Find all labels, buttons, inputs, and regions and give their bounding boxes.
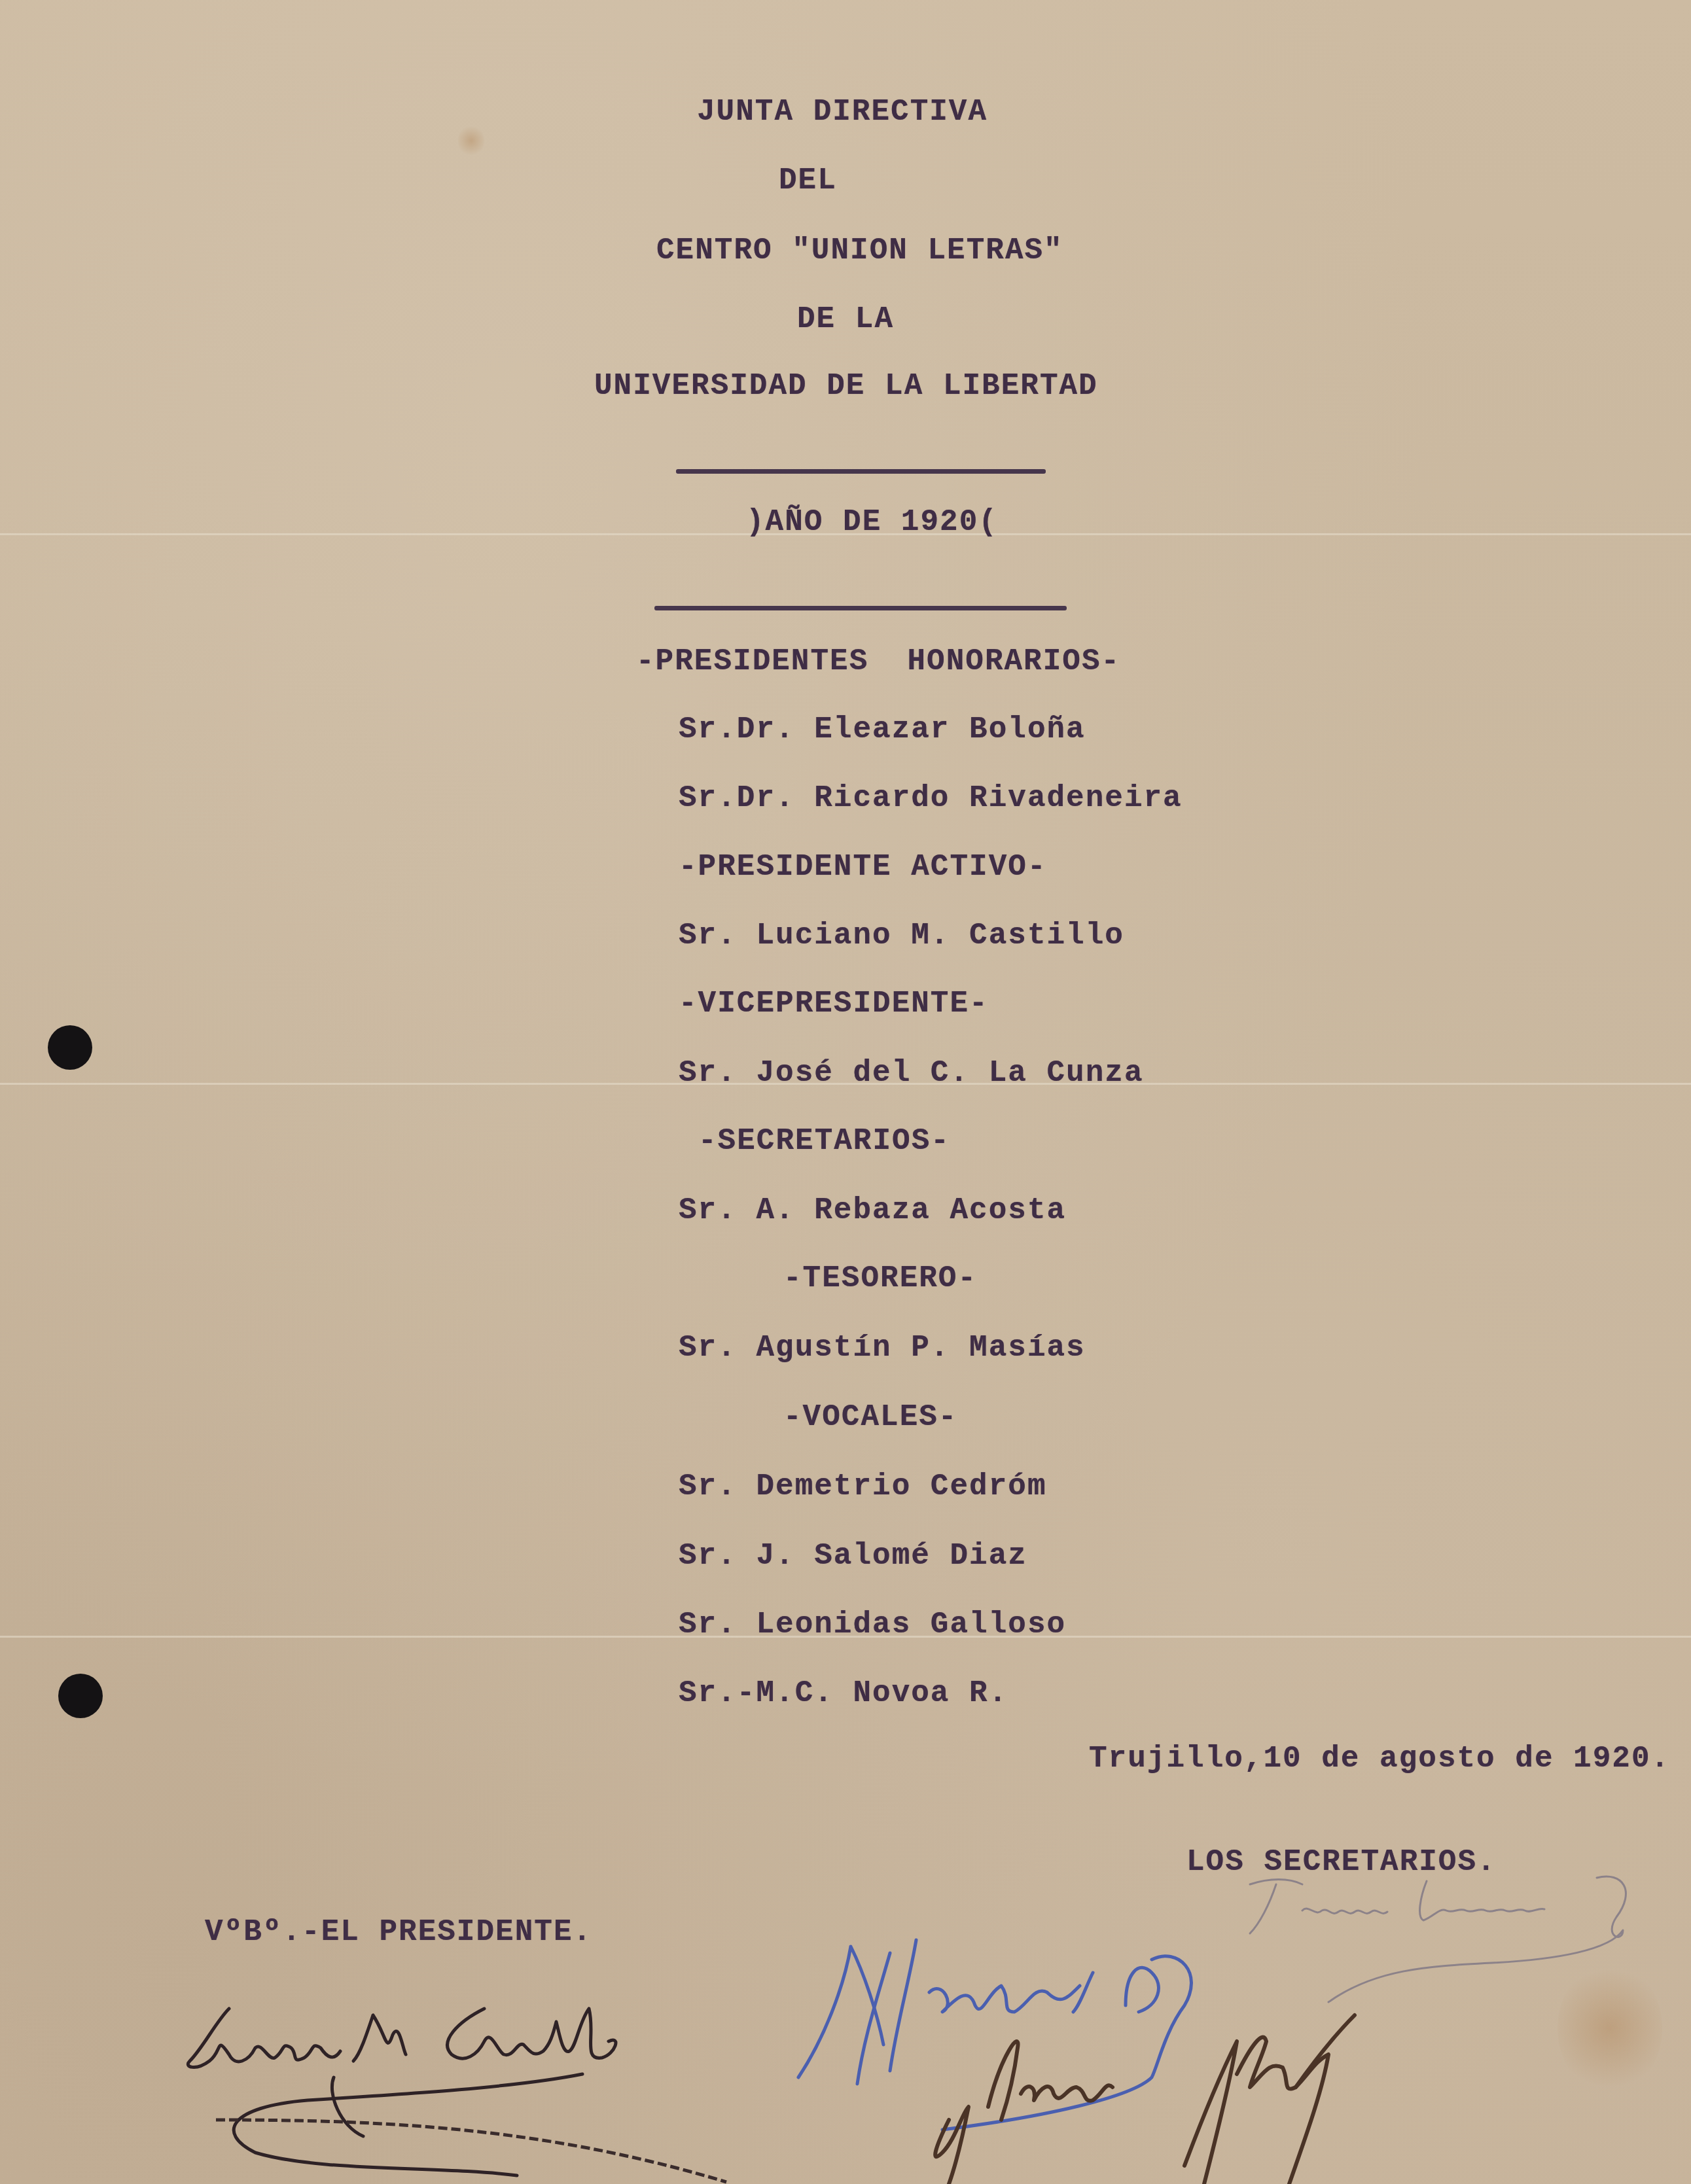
year-label: )AÑO DE 1920( [746,504,998,540]
header-title-line: JUNTA DIRECTIVA [697,94,988,130]
place-and-date: Trujillo,10 de agosto de 1920. [1089,1740,1670,1777]
section-title-secretaries: -SECRETARIOS- [698,1123,950,1159]
punch-hole [48,1025,92,1070]
header-subtitle-line: DEL [779,162,837,199]
member-name: Sr. Agustín P. Masías [679,1330,1086,1366]
member-name: Sr.-M.C. Novoa R. [679,1675,1008,1712]
member-name: Sr. Leonidas Galloso [679,1606,1066,1643]
section-title-active-president: -PRESIDENTE ACTIVO- [679,849,1047,885]
member-name: Sr.Dr. Eleazar Boloña [679,711,1086,748]
punch-hole [58,1674,103,1718]
member-name: Sr. J. Salomé Diaz [679,1538,1027,1574]
header-subtitle-line: DE LA [797,301,894,338]
stain [458,124,484,157]
member-name: Sr.Dr. Ricardo Rivadeneira [679,780,1183,817]
section-title-vocales: -VOCALES- [783,1399,957,1435]
member-name: Sr. A. Rebaza Acosta [679,1192,1066,1229]
document-page: JUNTA DIRECTIVA DEL CENTRO "UNION LETRAS… [0,0,1691,2184]
section-title-vicepresident: -VICEPRESIDENTE- [679,985,989,1022]
signature-rubrica [897,2015,1525,2184]
signature-underline [216,2113,739,2184]
section-title-honorary-presidents: -PRESIDENTES HONORARIOS- [636,643,1120,680]
divider-rule [676,469,1046,474]
member-name: Sr. José del C. La Cunza [679,1055,1144,1091]
approval-label: VºBº.-EL PRESIDENTE. [205,1914,592,1950]
member-name: Sr. Luciano M. Castillo [679,917,1124,954]
section-title-treasurer: -TESORERO- [783,1260,977,1297]
signature-secretary-carranza [1230,1871,1656,1989]
header-university-name: UNIVERSIDAD DE LA LIBERTAD [594,368,1098,404]
member-name: Sr. Demetrio Cedróm [679,1468,1047,1505]
header-organization-name: CENTRO "UNION LETRAS" [656,232,1063,269]
divider-rule [654,606,1067,610]
